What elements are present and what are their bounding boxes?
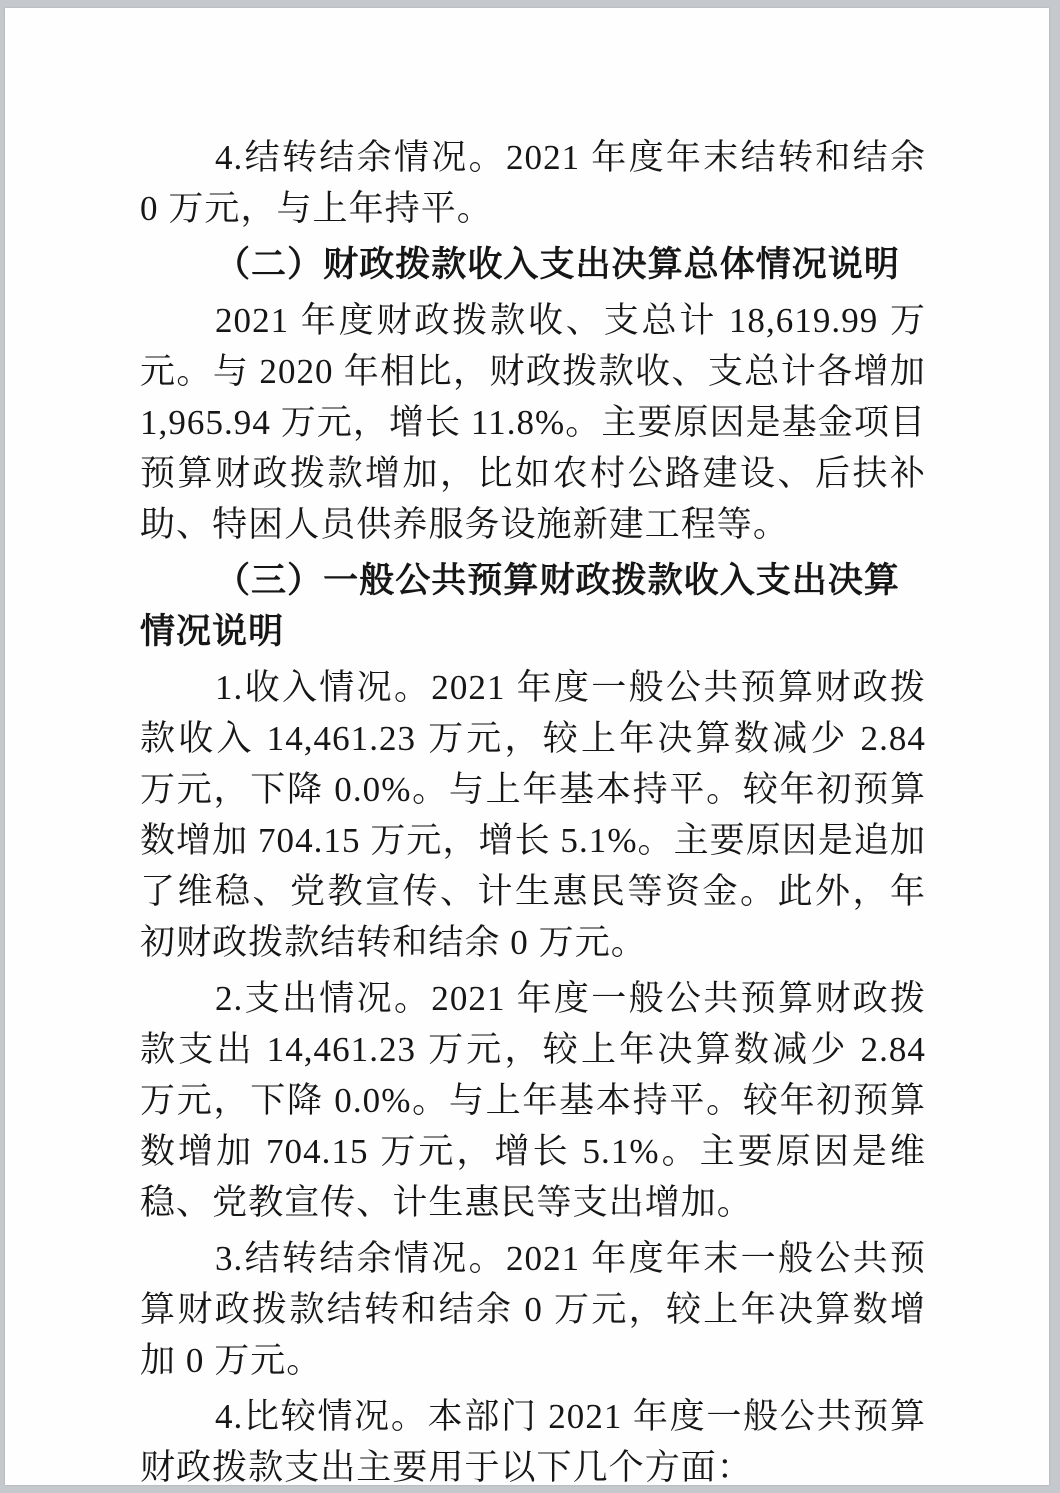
document-text-block: 4.结转结余情况。2021 年度年末结转和结余 0 万元，与上年持平。（二）财政…: [140, 132, 926, 1493]
body-paragraph: 2021 年度财政拨款收、支总计 18,619.99 万元。与 2020 年相比…: [140, 295, 926, 550]
body-paragraph: 4.比较情况。本部门 2021 年度一般公共预算财政拨款支出主要用于以下几个方面…: [140, 1391, 926, 1493]
section-heading: （二）财政拨款收入支出决算总体情况说明: [140, 239, 926, 290]
document-page: 4.结转结余情况。2021 年度年末结转和结余 0 万元，与上年持平。（二）财政…: [5, 8, 1049, 1485]
body-paragraph: 4.结转结余情况。2021 年度年末结转和结余 0 万元，与上年持平。: [140, 132, 926, 234]
body-paragraph: 1.收入情况。2021 年度一般公共预算财政拨款收入 14,461.23 万元，…: [140, 662, 926, 968]
body-paragraph: 2.支出情况。2021 年度一般公共预算财政拨款支出 14,461.23 万元，…: [140, 973, 926, 1228]
section-heading: （三）一般公共预算财政拨款收入支出决算情况说明: [140, 555, 926, 657]
body-paragraph: 3.结转结余情况。2021 年度年末一般公共预算财政拨款结转和结余 0 万元，较…: [140, 1233, 926, 1386]
